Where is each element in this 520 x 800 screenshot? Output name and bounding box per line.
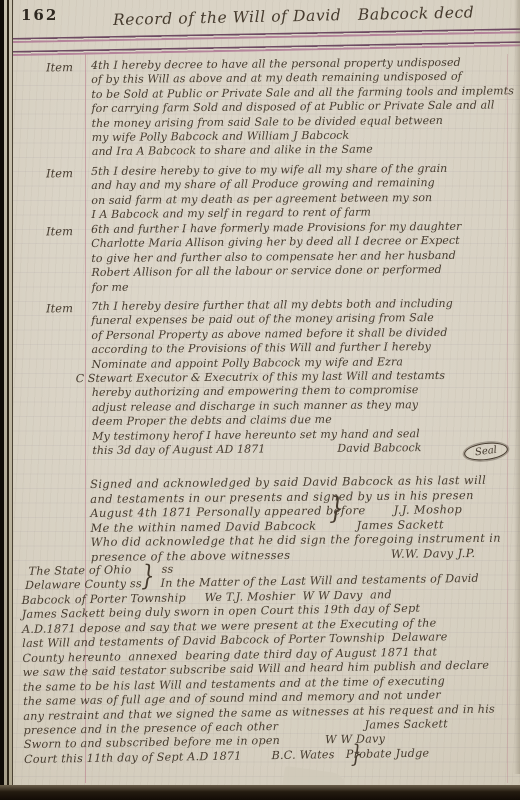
item-label: Item [46, 301, 73, 315]
header-rule-bottom [13, 41, 520, 56]
item-6-lines: 6th and further I have formerly made Pro… [91, 220, 462, 295]
record-title: Record of the Will of David Babcock decd [113, 3, 475, 29]
probate-block: The State of Ohio ss Delaware County ss … [21, 558, 496, 768]
right-margin-rule [507, 54, 508, 783]
item-5-lines: 5th I desire hereby to give to my wife a… [91, 162, 448, 223]
brace-icon: } [329, 494, 343, 524]
brace-icon: } [351, 742, 362, 766]
will-item-6: Item 6th and further I have formerly mad… [91, 220, 462, 295]
page-right-edge-shadow [514, 0, 520, 774]
attestation-block: Signed and acknowledged by said David Ba… [90, 473, 501, 565]
attestation-lines: Signed and acknowledged by said David Ba… [90, 473, 501, 565]
brace-icon: } [141, 562, 154, 590]
page-number: 162 [21, 6, 58, 24]
will-item-5: Item 5th I desire hereby to give to my w… [91, 162, 448, 223]
item-label: Item [46, 224, 73, 238]
ledger-book: 162 Record of the Will of David Babcock … [0, 0, 520, 800]
item-7-lines: 7th I hereby desire further that all my … [91, 297, 454, 459]
will-item-7: Item 7th I hereby desire further that al… [91, 297, 454, 459]
item-label: Item [46, 166, 73, 180]
ledger-page: 162 Record of the Will of David Babcock … [12, 0, 520, 787]
will-item-4: Item 4th I hereby decree to have all the… [91, 55, 515, 160]
book-bottom-edge [0, 785, 520, 800]
header-rule-top [13, 28, 520, 43]
probate-lines: The State of Ohio ss Delaware County ss … [21, 558, 496, 768]
item-4-lines: 4th I hereby decree to have all the pers… [91, 55, 515, 160]
item-label: Item [46, 60, 73, 74]
